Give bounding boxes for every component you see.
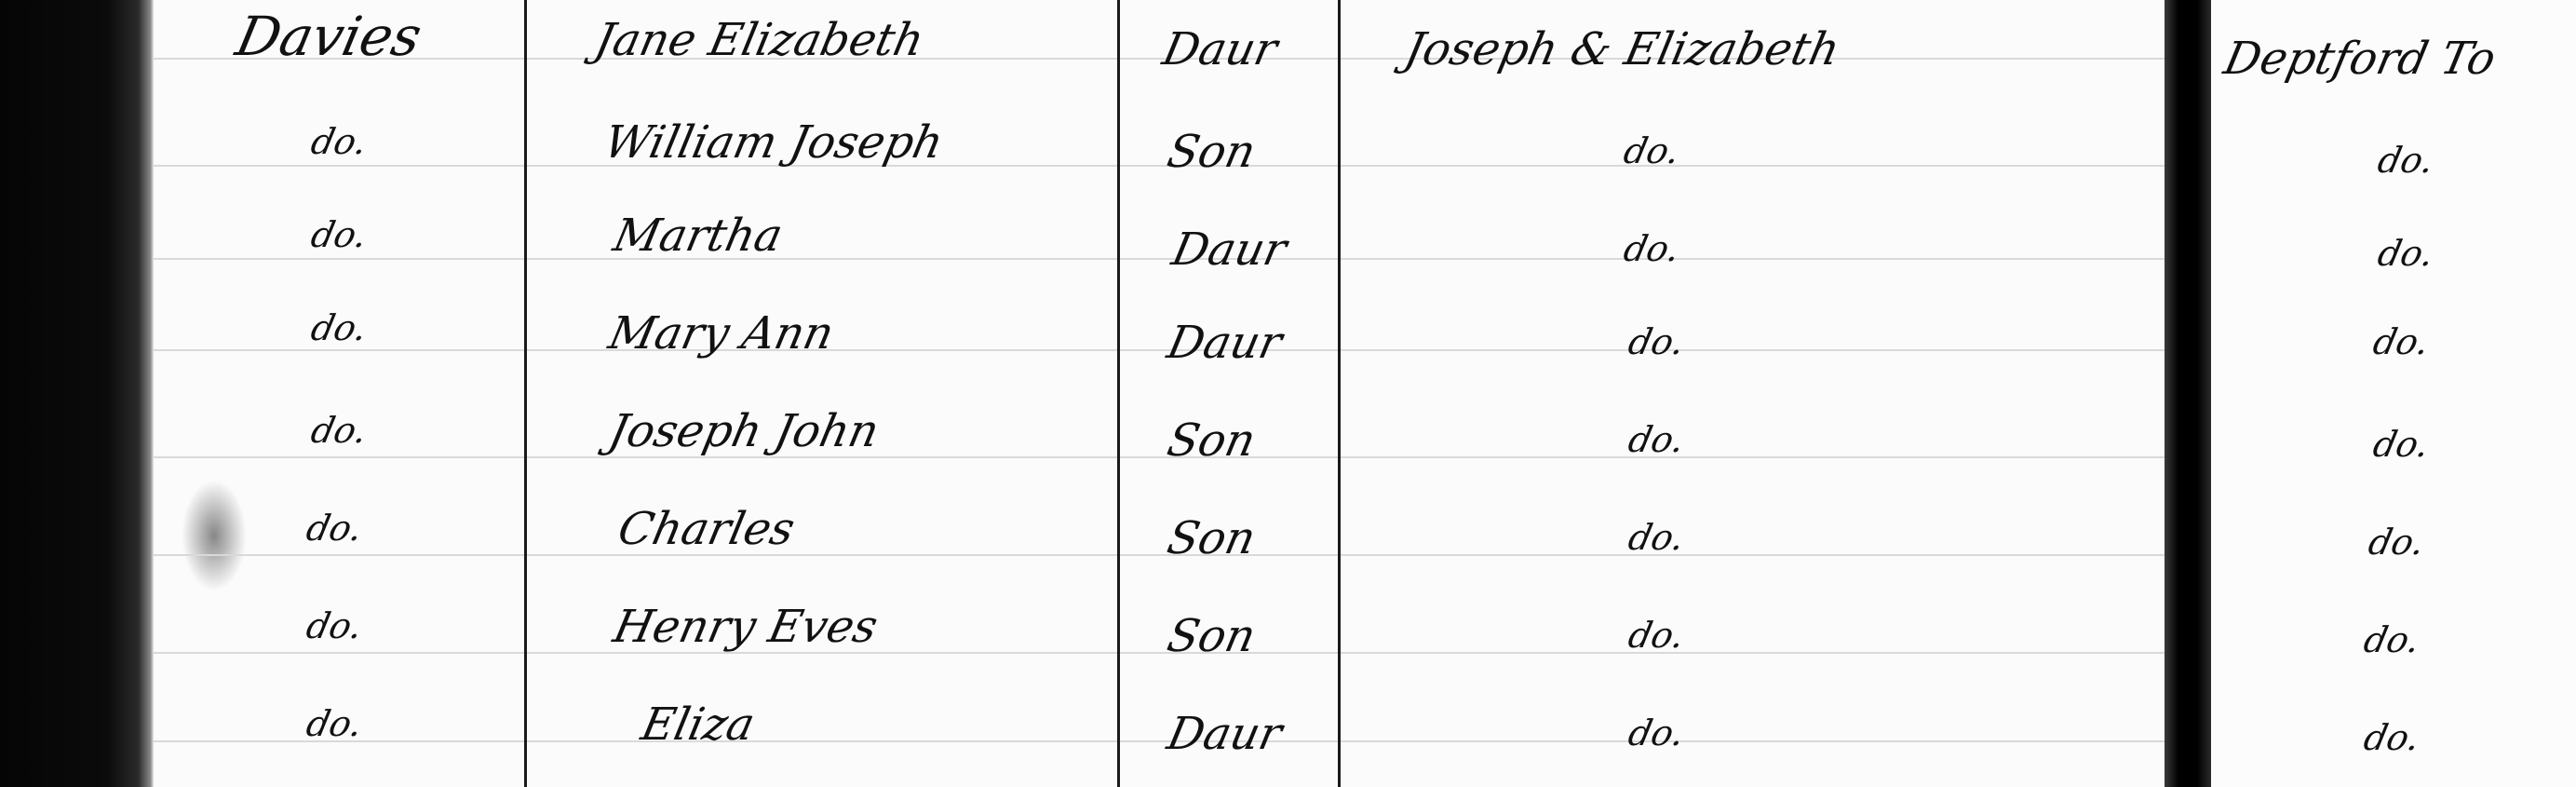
parents-cell: do. — [1625, 419, 1688, 460]
book-binding — [0, 0, 154, 787]
ruled-line — [154, 58, 2165, 60]
ruled-line — [154, 554, 2165, 556]
surname-cell: do. — [307, 214, 371, 255]
ruled-line — [154, 740, 2165, 742]
parents-cell: do. — [1625, 712, 1688, 753]
place-cell: do. — [2360, 619, 2423, 660]
relation-cell: Son — [1163, 126, 1261, 178]
given-name-cell: Jane Elizabeth — [590, 14, 928, 66]
page-gutter — [2165, 0, 2211, 787]
parents-cell: do. — [1620, 130, 1683, 171]
given-name-cell: Martha — [609, 210, 787, 262]
place-cell: do. — [2360, 717, 2423, 758]
surname-cell: do. — [307, 307, 371, 348]
place-cell: Deptford To — [2219, 33, 2501, 85]
ink-smudge — [182, 480, 247, 591]
relation-cell: Son — [1163, 512, 1261, 564]
relation-cell: Daur — [1158, 23, 1282, 75]
relation-cell: Daur — [1163, 317, 1287, 369]
place-cell: do. — [2365, 522, 2428, 563]
ledger-page-right — [2211, 0, 2576, 787]
parents-cell: do. — [1625, 615, 1688, 656]
ledger-page — [154, 0, 2165, 787]
parents-cell: do. — [1625, 517, 1688, 558]
place-cell: do. — [2369, 321, 2433, 362]
given-name-cell: William Joseph — [600, 116, 948, 169]
column-divider — [524, 0, 527, 787]
ruled-line — [154, 349, 2165, 351]
parents-cell: do. — [1620, 228, 1683, 269]
given-name-cell: Eliza — [637, 699, 760, 751]
surname-cell: do. — [303, 703, 366, 744]
place-cell: do. — [2369, 424, 2433, 465]
ruled-line — [154, 652, 2165, 654]
relation-cell: Son — [1163, 610, 1261, 662]
relation-cell: Daur — [1167, 224, 1291, 276]
surname-cell: do. — [307, 121, 371, 162]
column-divider — [1117, 0, 1120, 787]
given-name-cell: Charles — [614, 503, 799, 555]
given-name-cell: Mary Ann — [604, 307, 838, 360]
ruled-line — [154, 258, 2165, 260]
surname-cell: do. — [303, 605, 366, 646]
place-cell: do. — [2374, 140, 2437, 181]
parents-cell: do. — [1625, 321, 1688, 362]
surname-cell: do. — [307, 410, 371, 451]
place-cell: do. — [2374, 233, 2437, 274]
parents-cell: Joseph & Elizabeth — [1400, 23, 1844, 75]
surname-cell: do. — [303, 508, 366, 549]
ruled-line — [154, 456, 2165, 458]
given-name-cell: Joseph John — [604, 405, 883, 457]
surname-cell: Davies — [231, 5, 427, 68]
given-name-cell: Henry Eves — [609, 601, 883, 653]
relation-cell: Son — [1163, 414, 1261, 467]
ruled-line — [154, 165, 2165, 167]
relation-cell: Daur — [1163, 708, 1287, 760]
column-divider — [1338, 0, 1341, 787]
